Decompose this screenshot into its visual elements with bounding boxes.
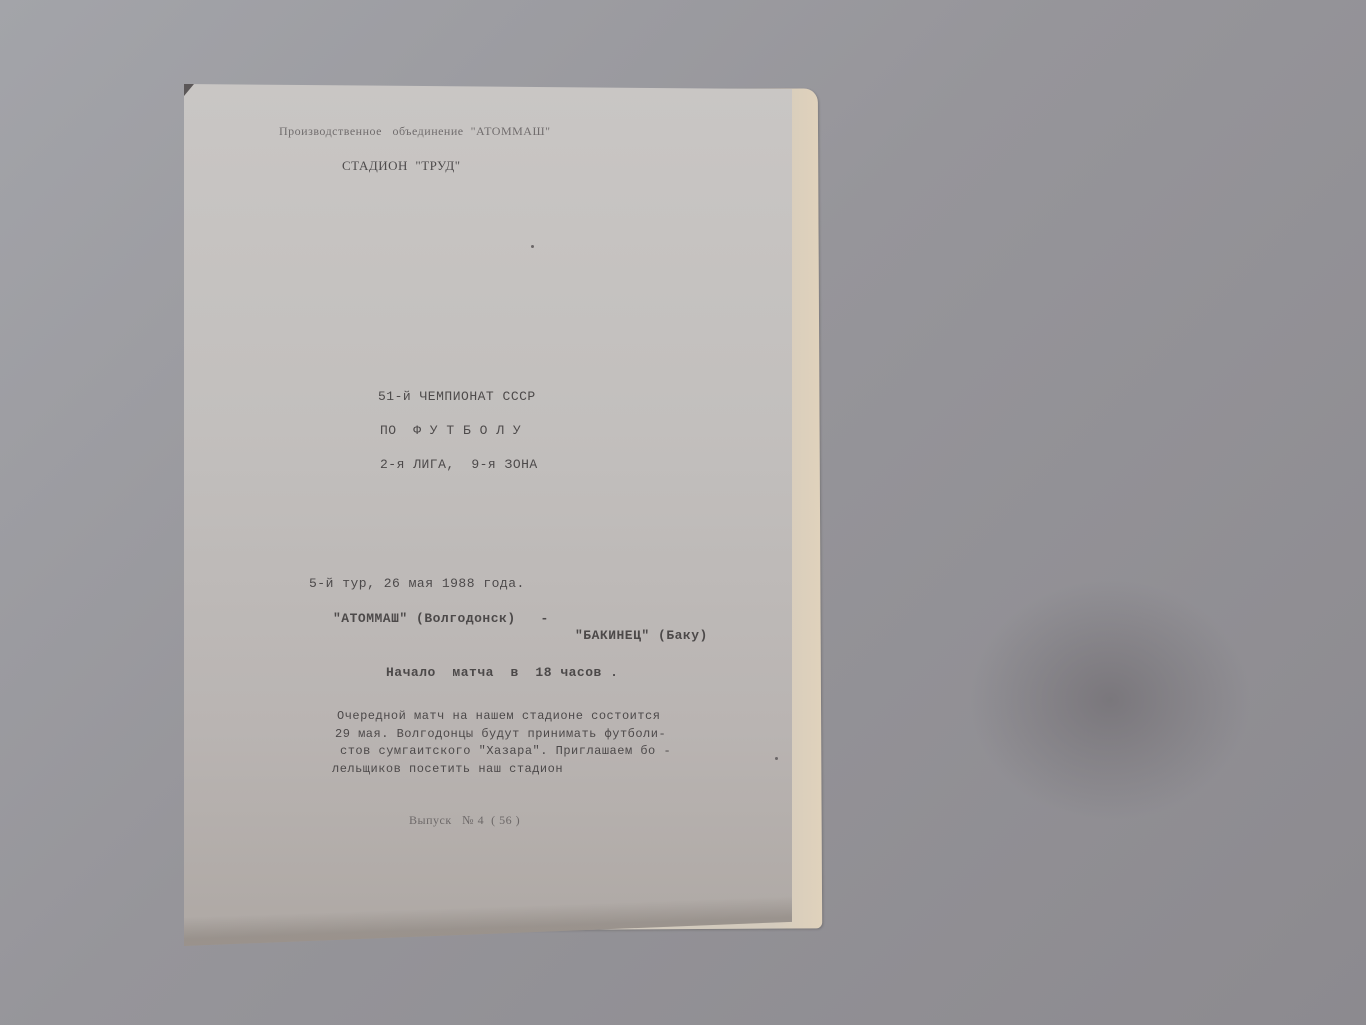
round-and-date: 5-й тур, 26 мая 1988 года. [309,576,525,591]
stadium-name: СТАДИОН "ТРУД" [342,158,461,174]
announcement-line: лельщиков посетить наш стадион [332,762,563,776]
announcement-line: стов сумгаитского "Хазара". Приглашаем б… [340,744,671,758]
organization-header: Производственное объединение "АТОММАШ" [279,124,550,139]
championship-title: 51-й ЧЕМПИОНАТ СССР [378,389,536,404]
championship-league: 2-я ЛИГА, 9-я ЗОНА [380,457,538,472]
ink-speck [775,757,778,760]
away-team: "БАКИНЕЦ" (Баку) [575,628,708,643]
championship-sport: ПО Ф У Т Б О Л У [380,423,521,438]
announcement-line: 29 мая. Волгодонцы будут принимать футбо… [335,727,666,741]
issue-number: Выпуск № 4 ( 56 ) [409,813,520,828]
kickoff-time: Начало матча в 18 часов . [386,665,618,680]
ink-speck [531,245,534,248]
announcement-line: Очередной матч на нашем стадионе состоит… [337,709,660,723]
home-team: "АТОММАШ" (Волгодонск) - [333,611,549,626]
